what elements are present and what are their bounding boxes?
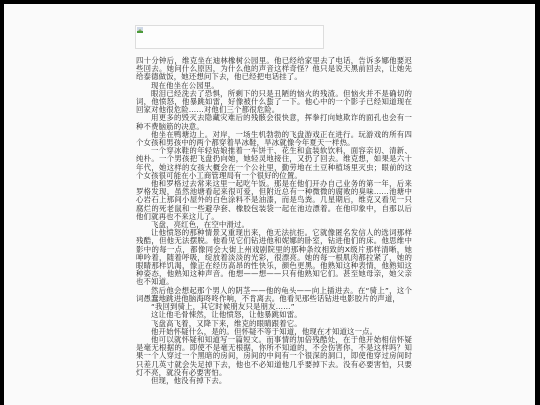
page-frame: 四十分钟后，维克坐在迪林橡树公园里。他已经给家里去了电话，告诉多娜他要迟些回去。… <box>4 4 535 405</box>
paragraph: 他坐在鸭塘边上。对岸，一场生机勃勃的飞盘游戏正在进行。玩游戏的所有四个女孩和男孩… <box>136 131 412 147</box>
paragraph: 他可以就怀疑和知道写一篇短文。而事情的加倍残酷处，在于他开始相信怀疑是毫无根据的… <box>136 336 412 377</box>
paragraph: 但现，他没有掉下去。 <box>136 377 412 385</box>
paragraph: 让他愤怒的那种情景又重现出来，他无法抗拒。它就像匿名发信人的选词那样残酷，但他无… <box>136 229 412 286</box>
paragraph: 眼泪已经洗去了恐惧，所剩下的只是丑陋的恼火的残渣。但恼火并不是确切的词，他愤怒，… <box>136 90 412 115</box>
paragraph: 用更多的毁灭去隐藏灾难后的残骸会很快意，挥拳打向她欺诈的面孔也会有一种不费脑筋的… <box>136 114 412 130</box>
article-body: 四十分钟后，维克坐在迪林橡树公园里。他已经给家里去了电话，告诉多娜他要迟些回去。… <box>136 57 412 385</box>
paragraph: 他和罗格过去常来这里一起吃午饭。那是在他们开办自己业务的第一年，后来罗格发现，虽… <box>136 180 412 221</box>
paragraph: 然后他会想起那个男人的阴茎——他的龟头——向上插进去。在“骑上”，这个词愚蠢地跳… <box>136 287 412 303</box>
paragraph: 四十分钟后，维克坐在迪林橡树公园里。他已经给家里去了电话，告诉多娜他要迟些回去。… <box>136 57 412 82</box>
paragraph: 一个穿冰鞋的年轻姑娘推着一车饼干、花生和盒装软饮料，面容亲切、清新、纯朴。一个男… <box>136 147 412 180</box>
header-image-placeholder <box>135 25 324 49</box>
broken-image-icon <box>137 27 143 33</box>
